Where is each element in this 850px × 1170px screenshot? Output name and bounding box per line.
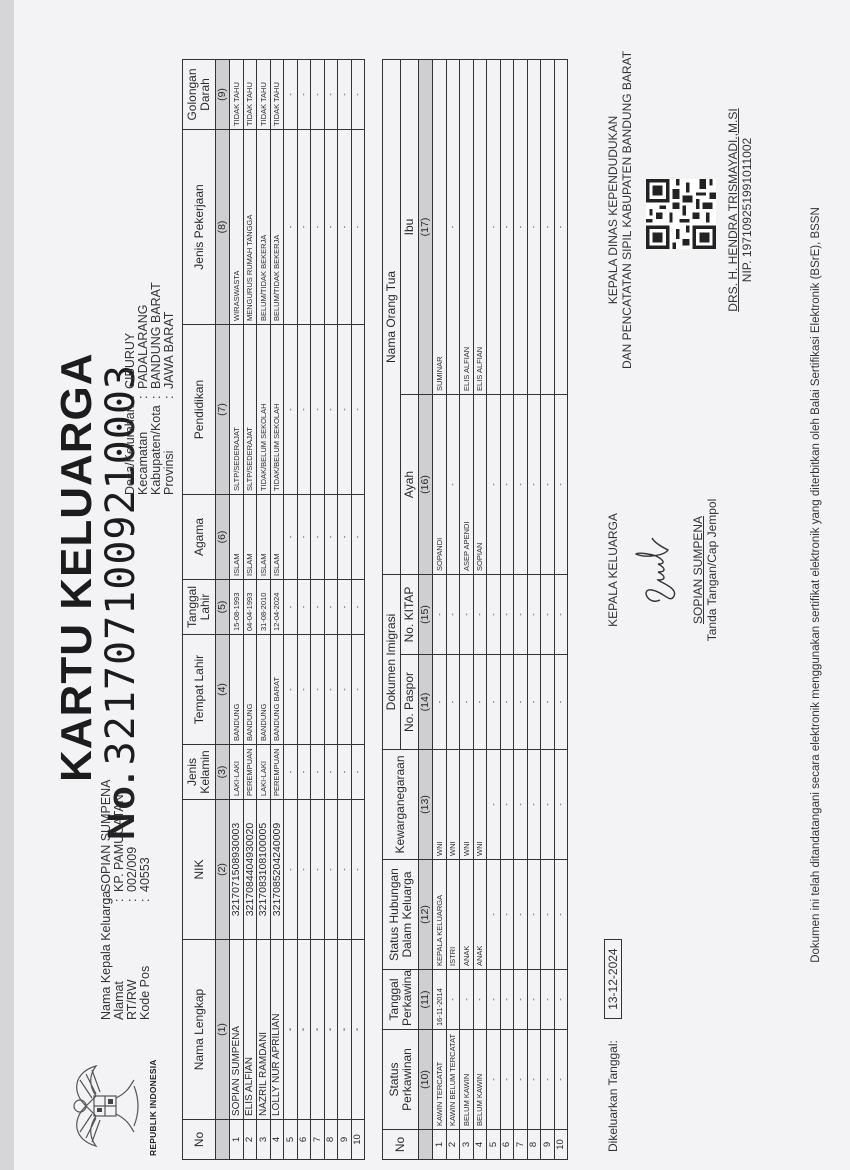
table-cell: -: [338, 60, 352, 130]
table-cell: 04-04-1993: [243, 580, 257, 635]
paper-edge: [0, 0, 14, 1170]
table-cell: LAKI-LAKI: [230, 745, 244, 800]
table-cell: -: [324, 745, 338, 800]
table-row: 4BELUM KAWIN-ANAKWNI--SOPIANELIS ALFIAN: [473, 59, 487, 1159]
table-cell: -: [527, 860, 541, 970]
table-cell: -: [338, 800, 352, 940]
table-cell: -: [527, 655, 541, 750]
table-cell: -: [554, 1030, 568, 1130]
table-cell: KEPALA KELUARGA: [433, 860, 447, 970]
table-cell: ISLAM: [257, 495, 271, 580]
table-cell: -: [433, 574, 447, 654]
table-cell: -: [541, 394, 555, 574]
table-row: 5--------: [487, 59, 501, 1159]
table-cell: -: [446, 59, 460, 394]
header-tanggal-lahir: Tanggal Lahir: [183, 580, 216, 635]
table-cell: 12-04-2024: [270, 580, 284, 635]
column-number: (6): [216, 495, 230, 580]
column-number: (10): [419, 1030, 433, 1130]
column-number: (3): [216, 745, 230, 800]
table-cell: -: [297, 130, 311, 325]
table-cell: 31-08-2010: [257, 580, 271, 635]
table-cell: LAKI-LAKI: [257, 745, 271, 800]
document-stage: REPUBLIK INDONESIA Nama Kepala Keluarga:…: [0, 0, 850, 1170]
table-cell: -: [324, 130, 338, 325]
table-cell: -: [541, 860, 555, 970]
table-cell: -: [297, 940, 311, 1120]
table-row: 1KAWIN TERCATAT16-11-2014KEPALA KELUARGA…: [433, 59, 447, 1159]
header-kewarganegaraan: Kewarganegaraan: [383, 750, 419, 860]
column-number: (14): [419, 655, 433, 750]
table-cell: BELUM/TIDAK BEKERJA: [257, 130, 271, 325]
header-no-paspor: No. Paspor: [401, 655, 419, 750]
table-cell: -: [351, 635, 365, 745]
table-cell: -: [473, 574, 487, 654]
head-of-family-title: KEPALA KELUARGA: [606, 470, 620, 670]
header-no: No: [183, 1120, 216, 1160]
header-status-hubungan: Status Hubungan Dalam Keluarga: [383, 860, 419, 970]
table-cell: -: [297, 745, 311, 800]
table-cell: -: [351, 745, 365, 800]
header-status-perkawinan: Status Perkawinan: [383, 1030, 419, 1130]
table-cell: -: [311, 635, 325, 745]
issued-label: Dikeluarkan Tanggal:: [606, 1040, 620, 1152]
table-cell: -: [297, 635, 311, 745]
table-cell: TIDAK TAHU: [270, 60, 284, 130]
table-cell: SLTP/SEDERAJAT: [230, 325, 244, 495]
table-row: 10--------: [554, 59, 568, 1159]
table-cell: 3: [257, 1120, 271, 1160]
table-cell: -: [338, 580, 352, 635]
kartu-keluarga-document: REPUBLIK INDONESIA Nama Kepala Keluarga:…: [0, 0, 850, 1170]
table-cell: -: [514, 574, 528, 654]
table-cell: -: [460, 574, 474, 654]
table-cell: WNI: [446, 750, 460, 860]
table-cell: -: [324, 495, 338, 580]
table-row: 3BELUM KAWIN-ANAKWNI--ASEP APENDIELIS AL…: [460, 59, 474, 1159]
table-cell: -: [311, 940, 325, 1120]
table-cell: 3: [460, 1130, 474, 1160]
header-pendidikan: Pendidikan: [183, 325, 216, 495]
column-number: (17): [419, 59, 433, 394]
table-cell: -: [351, 800, 365, 940]
column-number: [216, 1120, 230, 1160]
table-cell: BANDUNG: [230, 635, 244, 745]
table-cell: 15-08-1993: [230, 580, 244, 635]
table-cell: -: [351, 580, 365, 635]
table-row: 3NAZRIL RAMDANI3217083108100005LAKI-LAKI…: [257, 60, 271, 1160]
table-row: 5---------: [284, 60, 298, 1160]
table2-header-row-1: No Status Perkawinan Tanggal Perkawinan …: [383, 59, 401, 1159]
table-cell: -: [541, 574, 555, 654]
table-cell: -: [446, 970, 460, 1030]
table-cell: 3217085204240009: [270, 800, 284, 940]
table1-body: 1SOPIAN SUMPENA3217071508930003LAKI-LAKI…: [230, 60, 365, 1160]
table-cell: -: [514, 655, 528, 750]
column-number: (4): [216, 635, 230, 745]
table-cell: -: [311, 130, 325, 325]
table-cell: 16-11-2014: [433, 970, 447, 1030]
table-cell: 5: [284, 1120, 298, 1160]
header-dokumen-imigrasi: Dokumen Imigrasi: [383, 574, 401, 749]
table-cell: -: [338, 940, 352, 1120]
table-cell: -: [473, 970, 487, 1030]
table-cell: -: [433, 655, 447, 750]
table-cell: SOPANDI: [433, 394, 447, 574]
table-row: 4LOLLY NUR APRILIAN3217085204240009PEREM…: [270, 60, 284, 1160]
family-members-table: NoNama LengkapNIKJenis KelaminTempat Lah…: [182, 59, 365, 1160]
table-cell: BANDUNG BARAT: [270, 635, 284, 745]
garuda-emblem-icon: [66, 1062, 146, 1150]
table-cell: -: [527, 970, 541, 1030]
official-title-line-1: KEPALA DINAS KEPENDUDUKAN: [606, 40, 620, 380]
table-row: 1SOPIAN SUMPENA3217071508930003LAKI-LAKI…: [230, 60, 244, 1160]
table-cell: -: [338, 325, 352, 495]
table-row: 9---------: [338, 60, 352, 1160]
family-status-table: No Status Perkawinan Tanggal Perkawinan …: [382, 59, 568, 1160]
column-number: (9): [216, 60, 230, 130]
header-no-kitap: No. KITAP: [401, 574, 419, 654]
table-cell: 6: [297, 1120, 311, 1160]
table-cell: ANAK: [473, 860, 487, 970]
table-row: 9--------: [541, 59, 555, 1159]
table-cell: -: [500, 970, 514, 1030]
table-cell: BELUM/TIDAK BEKERJA: [270, 130, 284, 325]
table-cell: -: [351, 130, 365, 325]
table-row: 2KAWIN BELUM TERCATAT-ISTRIWNI----: [446, 59, 460, 1159]
table-cell: -: [527, 574, 541, 654]
head-of-family-name: SOPIAN SUMPENA: [691, 470, 705, 670]
column-number: (13): [419, 750, 433, 860]
issued-date-block: Dikeluarkan Tanggal: 13-12-2024: [604, 939, 622, 1152]
header-tempat-lahir: Tempat Lahir: [183, 635, 216, 745]
table-cell: 2: [243, 1120, 257, 1160]
table-cell: -: [297, 800, 311, 940]
table-cell: SUMINAR: [433, 59, 447, 394]
table-cell: -: [527, 1030, 541, 1130]
table-cell: 1: [230, 1120, 244, 1160]
table-cell: -: [324, 800, 338, 940]
table-cell: -: [541, 1030, 555, 1130]
column-number: (8): [216, 130, 230, 325]
table-cell: -: [324, 60, 338, 130]
head-of-family-signature: KEPALA KELUARGA SOPIAN SUMPENA Tanda Tan…: [606, 470, 719, 670]
table-cell: -: [514, 59, 528, 394]
table-cell: -: [541, 970, 555, 1030]
official-signature: KEPALA DINAS KEPENDUDUKAN DAN PENCATATAN…: [606, 40, 754, 380]
header-ayah: Ayah: [401, 394, 419, 574]
table-cell: -: [487, 750, 501, 860]
table-cell: ANAK: [460, 860, 474, 970]
official-name: DRS. H. HENDRA TRISMAYADI.,M.SI: [726, 40, 740, 380]
table-row: 6---------: [297, 60, 311, 1160]
table-cell: -: [297, 325, 311, 495]
table-cell: -: [324, 940, 338, 1120]
table-cell: 6: [500, 1130, 514, 1160]
table-cell: -: [554, 750, 568, 860]
table-cell: -: [514, 1030, 528, 1130]
region-info: Desa/Kelurahan:CIBURUY Kecamatan:PADALAR…: [124, 282, 176, 495]
header-tanggal-perkawinan: Tanggal Perkawinan: [383, 970, 419, 1030]
table-cell: -: [554, 655, 568, 750]
table-cell: WNI: [473, 750, 487, 860]
table-cell: -: [324, 580, 338, 635]
table-cell: -: [541, 655, 555, 750]
table-cell: -: [500, 59, 514, 394]
table-cell: ASEP APENDI: [460, 394, 474, 574]
table-cell: -: [554, 574, 568, 654]
column-number: (1): [216, 940, 230, 1120]
table-cell: -: [500, 655, 514, 750]
header-nama-lengkap: Nama Lengkap: [183, 940, 216, 1120]
table-row: 7---------: [311, 60, 325, 1160]
table-cell: 4: [473, 1130, 487, 1160]
table2-body: 1KAWIN TERCATAT16-11-2014KEPALA KELUARGA…: [433, 59, 568, 1159]
table-cell: -: [460, 655, 474, 750]
table-cell: -: [351, 495, 365, 580]
header-ibu: Ibu: [401, 59, 419, 394]
table-cell: ISLAM: [243, 495, 257, 580]
table-cell: BANDUNG: [243, 635, 257, 745]
table-cell: -: [514, 394, 528, 574]
header-no: No: [383, 1130, 419, 1160]
table-cell: -: [297, 60, 311, 130]
document-title: KARTU KELUARGA: [52, 352, 102, 782]
table-row: 8--------: [527, 59, 541, 1159]
table-row: 2ELIS ALFIAN3217084404930020PEREMPUANBAN…: [243, 60, 257, 1160]
table-cell: -: [527, 750, 541, 860]
table-row: 8---------: [324, 60, 338, 1160]
table-cell: -: [284, 800, 298, 940]
table-cell: -: [554, 59, 568, 394]
table-cell: -: [500, 1030, 514, 1130]
table-cell: -: [284, 325, 298, 495]
table-cell: -: [514, 970, 528, 1030]
table-cell: -: [284, 130, 298, 325]
table-cell: -: [446, 655, 460, 750]
header-nama-orang-tua: Nama Orang Tua: [383, 59, 401, 574]
official-nip: NIP. 197109251991011002: [740, 40, 754, 380]
table-cell: -: [324, 635, 338, 745]
table-cell: PEREMPUAN: [270, 745, 284, 800]
table-cell: TIDAK/BELUM SEKOLAH: [257, 325, 271, 495]
table-cell: -: [487, 655, 501, 750]
table-cell: -: [311, 745, 325, 800]
table-cell: -: [338, 130, 352, 325]
table-cell: -: [487, 1030, 501, 1130]
table-cell: -: [554, 394, 568, 574]
table-cell: -: [351, 60, 365, 130]
table-cell: 10: [351, 1120, 365, 1160]
table-cell: -: [500, 750, 514, 860]
handwritten-signature-icon: [630, 530, 682, 610]
table-cell: -: [284, 60, 298, 130]
table-cell: 7: [311, 1120, 325, 1160]
column-number: (16): [419, 394, 433, 574]
table-cell: -: [284, 495, 298, 580]
table-cell: -: [324, 325, 338, 495]
table-cell: 4: [270, 1120, 284, 1160]
table-cell: MENGURUS RUMAH TANGGA: [243, 130, 257, 325]
table-cell: -: [284, 745, 298, 800]
table-cell: SOPIAN SUMPENA: [230, 940, 244, 1120]
table-cell: TIDAK/BELUM SEKOLAH: [270, 325, 284, 495]
column-number: (7): [216, 325, 230, 495]
table-cell: PEREMPUAN: [243, 745, 257, 800]
table-cell: -: [338, 495, 352, 580]
table-cell: 8: [527, 1130, 541, 1160]
table-cell: 3217071508930003: [230, 800, 244, 940]
table-cell: -: [351, 940, 365, 1120]
table-cell: ISTRI: [446, 860, 460, 970]
table-cell: ISLAM: [270, 495, 284, 580]
issued-date: 13-12-2024: [604, 939, 622, 1018]
table-cell: -: [500, 574, 514, 654]
table-cell: -: [541, 59, 555, 394]
table-cell: -: [527, 59, 541, 394]
column-number: (11): [419, 970, 433, 1030]
info-row-province: Provinsi:JAWA BARAT: [163, 282, 176, 495]
table-cell: -: [460, 970, 474, 1030]
table-cell: -: [311, 495, 325, 580]
table-cell: WNI: [433, 750, 447, 860]
table-cell: SOPIAN: [473, 394, 487, 574]
table-cell: 9: [541, 1130, 555, 1160]
table-cell: BELUM KAWIN: [460, 1030, 474, 1130]
column-number: (12): [419, 860, 433, 970]
official-title-line-2: DAN PENCATATAN SIPIL KABUPATEN BANDUNG B…: [620, 40, 634, 380]
table-cell: -: [446, 394, 460, 574]
table-cell: -: [487, 970, 501, 1030]
table-cell: WIRASWASTA: [230, 130, 244, 325]
table-cell: ELIS ALFIAN: [460, 59, 474, 394]
table-cell: 8: [324, 1120, 338, 1160]
column-number: (5): [216, 580, 230, 635]
table-cell: -: [351, 325, 365, 495]
header-agama: Agama: [183, 495, 216, 580]
column-number: (15): [419, 574, 433, 654]
table-cell: 5: [487, 1130, 501, 1160]
table-cell: ELIS ALFIAN: [243, 940, 257, 1120]
table-cell: -: [297, 580, 311, 635]
table-cell: 9: [338, 1120, 352, 1160]
header-golongan-darah: Golongan Darah: [183, 60, 216, 130]
table-cell: 3217083108100005: [257, 800, 271, 940]
table-cell: -: [284, 940, 298, 1120]
table-cell: LOLLY NUR APRILIAN: [270, 940, 284, 1120]
table1-number-row: (1)(2)(3)(4)(5)(6)(7)(8)(9): [216, 60, 230, 1160]
table-cell: 1: [433, 1130, 447, 1160]
table-cell: SLTP/SEDERAJAT: [243, 325, 257, 495]
table-cell: -: [311, 325, 325, 495]
table-cell: ELIS ALFIAN: [473, 59, 487, 394]
table-cell: -: [284, 635, 298, 745]
table-cell: -: [446, 574, 460, 654]
table-cell: -: [500, 394, 514, 574]
table-cell: 3217084404930020: [243, 800, 257, 940]
table-cell: -: [284, 580, 298, 635]
table-cell: BANDUNG: [257, 635, 271, 745]
header-jenis-kelamin: Jenis Kelamin: [183, 745, 216, 800]
table-cell: -: [311, 800, 325, 940]
table-cell: -: [541, 750, 555, 860]
column-number: (2): [216, 800, 230, 940]
table-cell: -: [311, 580, 325, 635]
table-cell: WNI: [460, 750, 474, 860]
country-label: REPUBLIK INDONESIA: [148, 1059, 158, 1156]
table-cell: ISLAM: [230, 495, 244, 580]
table-cell: NAZRIL RAMDANI: [257, 940, 271, 1120]
table2-number-row: (10)(11)(12)(13)(14)(15)(16)(17): [419, 59, 433, 1159]
table-cell: -: [514, 750, 528, 860]
table-row: 10---------: [351, 60, 365, 1160]
table-cell: -: [487, 394, 501, 574]
table-cell: -: [500, 860, 514, 970]
table-cell: -: [297, 495, 311, 580]
table-cell: -: [311, 60, 325, 130]
table-cell: -: [338, 635, 352, 745]
table-cell: -: [527, 394, 541, 574]
table-cell: -: [487, 860, 501, 970]
table-cell: TIDAK TAHU: [243, 60, 257, 130]
table-cell: TIDAK TAHU: [230, 60, 244, 130]
table-cell: -: [487, 59, 501, 394]
qr-code-icon: [646, 179, 716, 249]
table-cell: -: [514, 860, 528, 970]
header-nik: NIK: [183, 800, 216, 940]
table-cell: KAWIN TERCATAT: [433, 1030, 447, 1130]
table-cell: KAWIN BELUM TERCATAT: [446, 1030, 460, 1130]
kk-number-prefix: No.: [101, 770, 143, 840]
table-cell: 10: [554, 1130, 568, 1160]
table-cell: BELUM KAWIN: [473, 1030, 487, 1130]
table1-header-row: NoNama LengkapNIKJenis KelaminTempat Lah…: [183, 60, 216, 1160]
table-cell: 2: [446, 1130, 460, 1160]
table-cell: TIDAK TAHU: [257, 60, 271, 130]
table-cell: 7: [514, 1130, 528, 1160]
table-cell: -: [487, 574, 501, 654]
table-row: 7--------: [514, 59, 528, 1159]
e-signature-disclaimer: Dokumen ini telah ditandatangani secara …: [810, 50, 822, 1120]
table-row: 6--------: [500, 59, 514, 1159]
head-of-family-caption: Tanda Tangan/Cap Jempol: [705, 470, 719, 670]
table-cell: -: [338, 745, 352, 800]
table-cell: -: [473, 655, 487, 750]
column-number: [419, 1130, 433, 1160]
table-cell: -: [554, 860, 568, 970]
header-jenis-pekerjaan: Jenis Pekerjaan: [183, 130, 216, 325]
table-cell: -: [554, 970, 568, 1030]
